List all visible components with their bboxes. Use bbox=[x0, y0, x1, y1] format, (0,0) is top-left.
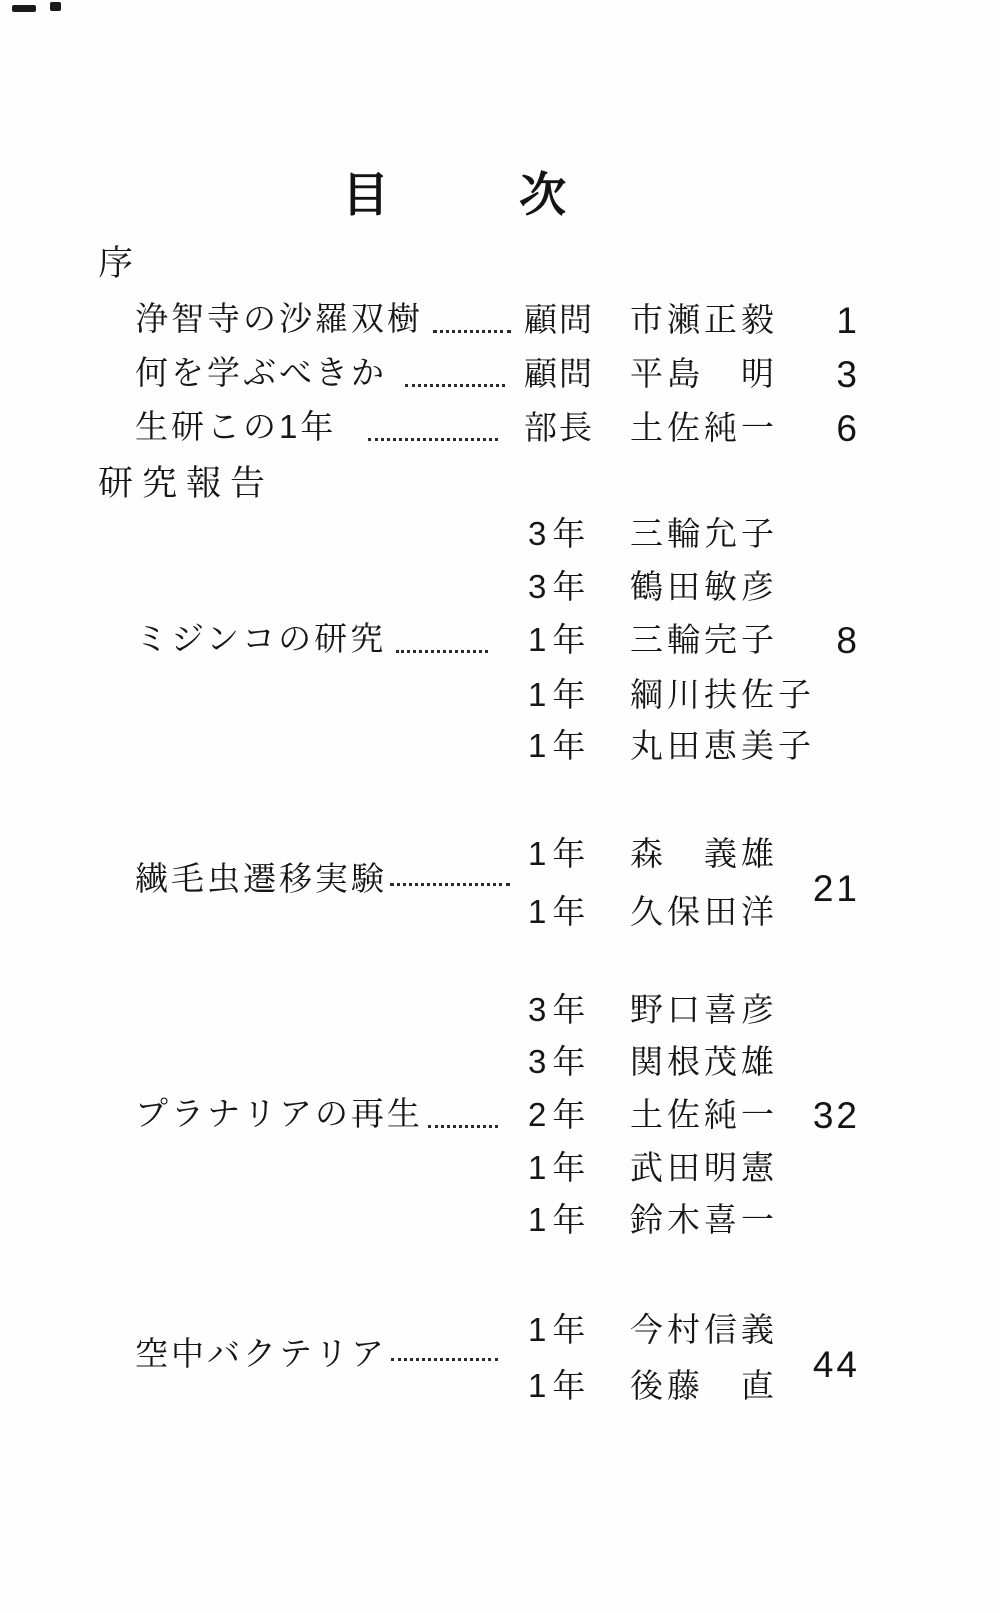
scan-artifact bbox=[12, 5, 36, 12]
author-row: 1年 後藤 直 bbox=[0, 1368, 1000, 1416]
author-grade: 1年 bbox=[528, 623, 591, 656]
author-name: 野口喜彦 bbox=[630, 993, 778, 1026]
toc-entry: 生研この1年 部長 土佐純一 6 bbox=[0, 410, 1000, 458]
author-name: 久保田洋 bbox=[630, 895, 778, 928]
dotted-leader bbox=[391, 1358, 498, 1361]
toc-entry: 何を学ぶべきか 顧問 平島 明 3 bbox=[0, 356, 1000, 404]
author-row: 3年 関根茂雄 bbox=[0, 1044, 1000, 1092]
author-grade: 1年 bbox=[528, 678, 591, 711]
author-grade: 3年 bbox=[528, 517, 591, 550]
author-row: 1年 久保田洋 bbox=[0, 894, 1000, 942]
scan-artifact bbox=[50, 2, 61, 11]
author-grade: 1年 bbox=[528, 1369, 591, 1402]
author-role: 部長 bbox=[524, 411, 594, 444]
author-grade: 1年 bbox=[528, 1203, 591, 1236]
author-name: 丸田恵美子 bbox=[630, 729, 815, 762]
author-role: 顧問 bbox=[524, 357, 594, 390]
entry-title: 生研この1年 bbox=[135, 410, 336, 443]
author-grade: 3年 bbox=[528, 570, 591, 603]
page-number: 3 bbox=[756, 356, 860, 393]
section-reports-heading: 研究報告 bbox=[0, 466, 1000, 514]
author-grade: 2年 bbox=[528, 1098, 591, 1131]
author-row: 3年 野口喜彦 bbox=[0, 992, 1000, 1040]
author-row: 1年 鈴木喜一 bbox=[0, 1202, 1000, 1250]
author-grade: 3年 bbox=[528, 1045, 591, 1078]
author-row: 1年 武田明憲 bbox=[0, 1150, 1000, 1198]
entry-title: ミジンコの研究 bbox=[135, 622, 386, 655]
author-grade: 1年 bbox=[528, 729, 591, 762]
author-name: 綱川扶佐子 bbox=[630, 678, 815, 711]
author-row: 1年 丸田恵美子 bbox=[0, 728, 1000, 776]
author-grade: 3年 bbox=[528, 993, 591, 1026]
reports-heading-label: 研究報告 bbox=[98, 466, 274, 501]
entry-title: 何を学ぶべきか bbox=[135, 356, 387, 389]
section-preface-heading: 序 bbox=[0, 246, 1000, 294]
dotted-leader bbox=[433, 330, 511, 333]
author-name: 関根茂雄 bbox=[630, 1045, 778, 1078]
author-name: 三輪允子 bbox=[630, 517, 778, 550]
author-name: 後藤 直 bbox=[630, 1369, 778, 1402]
dotted-leader bbox=[396, 650, 488, 653]
preface-heading-label: 序 bbox=[98, 246, 142, 281]
page-title: 目次 bbox=[342, 158, 696, 225]
author-name: 武田明憲 bbox=[630, 1151, 778, 1184]
entry-title: 空中バクテリア bbox=[135, 1337, 387, 1370]
dotted-leader bbox=[390, 883, 510, 886]
author-row: 3年 三輪允子 bbox=[0, 516, 1000, 564]
dotted-leader bbox=[368, 438, 498, 441]
dotted-leader bbox=[428, 1125, 498, 1128]
page-number: 32 bbox=[756, 1097, 860, 1134]
page-number: 6 bbox=[756, 410, 860, 447]
author-grade: 1年 bbox=[528, 895, 591, 928]
page-number: 8 bbox=[756, 622, 860, 659]
dotted-leader bbox=[405, 384, 505, 387]
author-grade: 1年 bbox=[528, 1151, 591, 1184]
page-number: 1 bbox=[756, 302, 860, 339]
author-row: 3年 鶴田敏彦 bbox=[0, 569, 1000, 617]
toc-entry: ミジンコの研究 1年 三輪完子 8 bbox=[0, 622, 1000, 670]
author-name: 鶴田敏彦 bbox=[630, 570, 778, 603]
entry-title: 繊毛虫遷移実験 bbox=[135, 862, 387, 895]
author-row: 1年 綱川扶佐子 bbox=[0, 677, 1000, 725]
toc-entry: 浄智寺の沙羅双樹 顧問 市瀬正毅 1 bbox=[0, 302, 1000, 350]
entry-title: プラナリアの再生 bbox=[135, 1097, 423, 1130]
author-name: 鈴木喜一 bbox=[630, 1203, 778, 1236]
scanned-toc-page: 目次 序 浄智寺の沙羅双樹 顧問 市瀬正毅 1 何を学ぶべきか 顧問 平島 明 … bbox=[0, 0, 1000, 1613]
entry-title: 浄智寺の沙羅双樹 bbox=[135, 302, 423, 335]
author-role: 顧問 bbox=[524, 303, 594, 336]
toc-entry: プラナリアの再生 2年 土佐純一 32 bbox=[0, 1097, 1000, 1145]
